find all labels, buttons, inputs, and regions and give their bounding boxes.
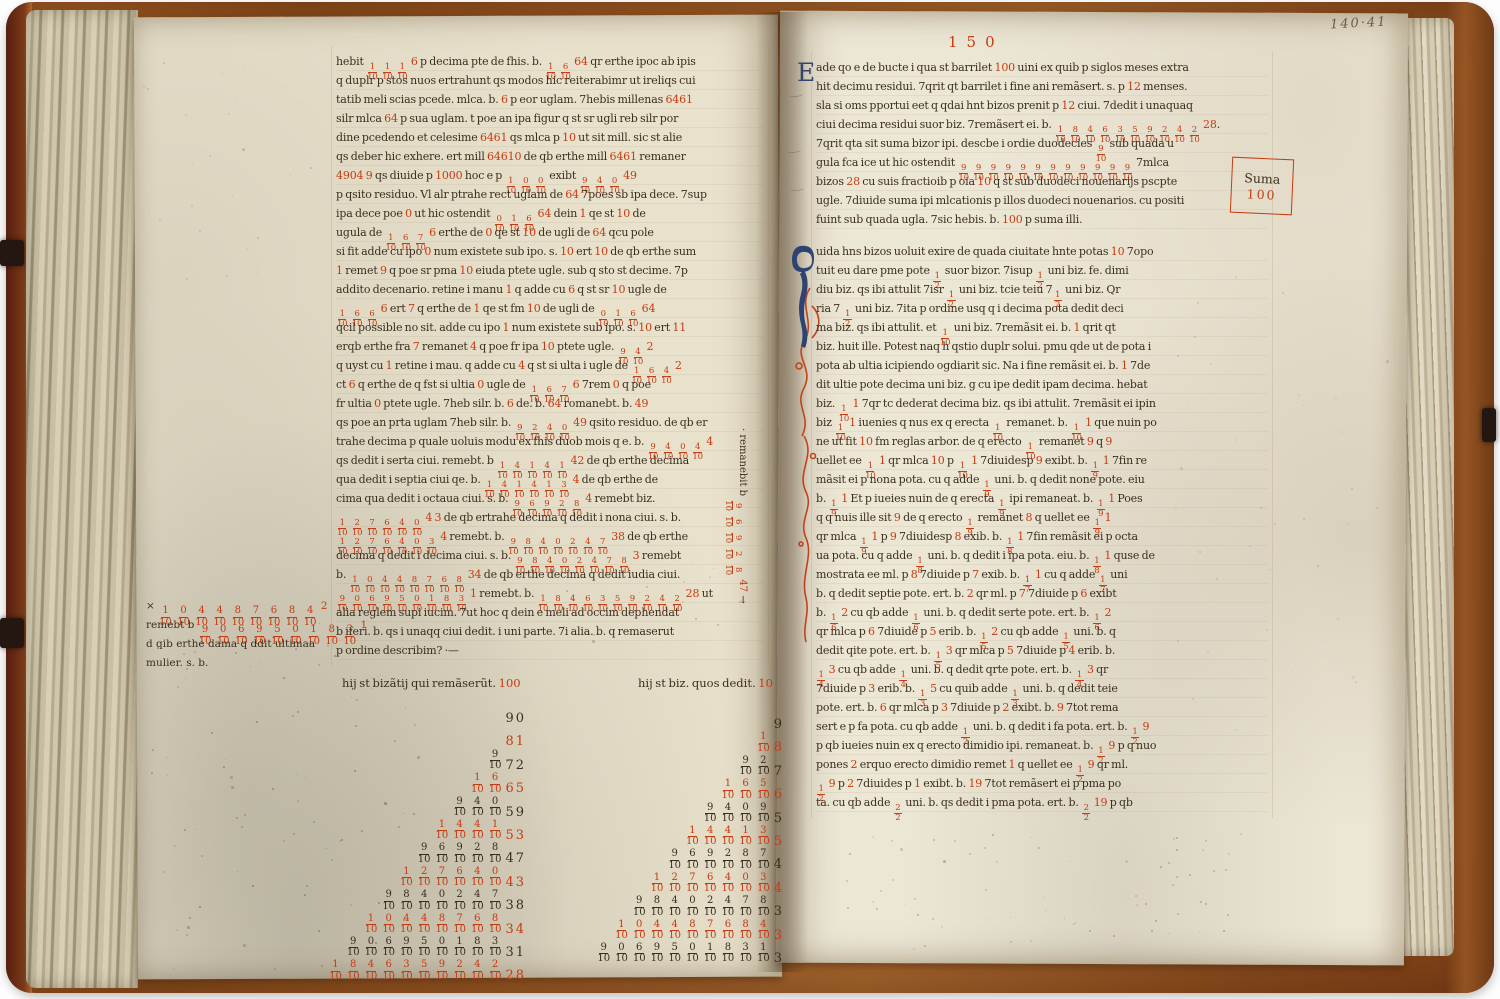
speckle bbox=[872, 901, 874, 903]
table-row: 9100106109105100101108103101103 bbox=[596, 946, 784, 965]
speckle bbox=[318, 930, 320, 932]
fraction: 810 bbox=[739, 849, 752, 871]
speckle bbox=[1317, 565, 1319, 567]
speckle bbox=[1352, 676, 1355, 679]
fraction: 410 bbox=[418, 914, 431, 936]
text-line: hebit 110 110 110 6 p decima pte de fhis… bbox=[336, 52, 764, 71]
speckle bbox=[969, 853, 971, 855]
fraction: 510 bbox=[418, 937, 431, 959]
text-line: qs dedit i serta ciui. remebt. b 110 410… bbox=[336, 451, 764, 470]
fraction: 110 bbox=[739, 826, 752, 848]
table-integer: 47 bbox=[505, 852, 526, 865]
table-row: 1106105106 bbox=[721, 782, 784, 801]
fraction: 010 bbox=[633, 920, 646, 942]
speckle bbox=[1176, 876, 1178, 878]
text-line: 110 210 710 610 410 010 310 4 remebt. b.… bbox=[336, 527, 764, 546]
text-line: b. 19 1 Et p iueies nuin de q erecta 19 … bbox=[816, 489, 1268, 508]
fraction: 910 bbox=[453, 843, 466, 865]
speckle bbox=[914, 898, 916, 900]
fraction: 210 bbox=[453, 960, 466, 982]
text-line: 12 9 p 2 7diuides p 1 exibt. b. 19 7tot … bbox=[816, 774, 1268, 793]
text-line: alia reglem supi iucim. 7ut hoc q dein e… bbox=[336, 603, 764, 622]
fraction: 110 bbox=[471, 773, 484, 795]
speckle bbox=[1216, 578, 1218, 580]
speckle bbox=[321, 965, 323, 967]
text-line: ne ut fit 10 fm reglas arbor. de q erect… bbox=[816, 432, 1268, 451]
speckle bbox=[209, 155, 211, 157]
text-line: ria 7 12 uni biz. 7ita p ordine usq q i … bbox=[816, 299, 1268, 318]
speckle bbox=[354, 770, 356, 772]
fraction: 110 bbox=[329, 960, 342, 982]
fraction: 410 bbox=[471, 867, 484, 889]
speckle bbox=[252, 885, 254, 887]
speckle bbox=[683, 581, 685, 583]
fraction: 110 bbox=[400, 867, 413, 889]
fraction: 110 bbox=[704, 943, 717, 965]
speckle bbox=[274, 968, 276, 970]
fraction: 210 bbox=[704, 896, 717, 918]
left-page-text-block: hebit 110 110 110 6 p decima pte de fhis… bbox=[336, 52, 764, 660]
speckle bbox=[891, 840, 893, 842]
fraction: 110 bbox=[453, 937, 466, 959]
fraction: 610 bbox=[453, 867, 466, 889]
text-line: remebt b 910 010 610 910 510 010 110 810… bbox=[146, 615, 346, 634]
speckle bbox=[331, 859, 333, 861]
fraction: 610 bbox=[723, 516, 742, 527]
text-line: sla si oms pportui eet q qdai hnt bizos … bbox=[816, 96, 1268, 115]
fraction: 410 bbox=[471, 820, 484, 842]
speckle bbox=[602, 610, 603, 611]
fraction: 410 bbox=[471, 797, 484, 819]
speckle bbox=[596, 625, 598, 627]
text-line: 910 010 610 910 510 010 110 810 310 1 re… bbox=[336, 584, 764, 603]
speckle bbox=[243, 944, 246, 947]
text-line: q duplr p stos nuos ertrahunt qs modos h… bbox=[336, 71, 764, 90]
table-integer: 3 bbox=[774, 905, 784, 918]
fraction: 910 bbox=[739, 756, 752, 778]
table-row: 9108104100102104107108103 bbox=[632, 899, 784, 918]
fraction: 010 bbox=[436, 890, 449, 912]
speckle bbox=[283, 840, 285, 842]
fraction: 610 bbox=[739, 779, 752, 801]
right-page-paragraph-2: uida hns bizos uoluit exire de quada ciu… bbox=[816, 242, 1268, 812]
speckle bbox=[245, 637, 247, 639]
table-integer: 90 bbox=[505, 712, 526, 725]
text-line: si fit adde cu ipo 0 num existete sub ip… bbox=[336, 242, 764, 261]
speckle bbox=[394, 740, 396, 742]
speckle bbox=[230, 776, 233, 779]
fore-edge-left bbox=[26, 10, 138, 988]
text-line: diu biz. qs ibi attulit 7isr 12 uni biz.… bbox=[816, 280, 1268, 299]
fraction: 510 bbox=[668, 943, 681, 965]
speckle bbox=[682, 601, 684, 603]
speckle bbox=[1223, 930, 1225, 932]
fraction: 410 bbox=[651, 920, 664, 942]
speckle bbox=[857, 942, 858, 943]
speckle bbox=[1046, 932, 1047, 933]
fraction: 010 bbox=[615, 943, 628, 965]
text-line: 1 remet 9 q poe sr pma 10 eiuda ptete ug… bbox=[336, 261, 764, 280]
table-row: 9 bbox=[774, 712, 784, 731]
speckle bbox=[334, 655, 336, 657]
text-line: mostrata ee ml. p 8 7diuide p 7 exib. b.… bbox=[816, 565, 1268, 584]
speckle bbox=[717, 624, 719, 626]
fraction: 410 bbox=[722, 826, 735, 848]
table-row: 1100104104108107106108104103 bbox=[614, 923, 784, 942]
table-integer: 43 bbox=[505, 876, 526, 889]
text-line: bizos 28 cu suis fractioib p oia 10 q st… bbox=[816, 172, 1268, 191]
speckle bbox=[350, 676, 351, 677]
vertical-margin-note: · remanebit b 910 610 910 210 810 47 → bbox=[723, 428, 748, 604]
text-line: silr mlca 64 p sua uglam. t poe an ipa f… bbox=[336, 109, 764, 128]
speckle bbox=[378, 902, 380, 904]
speckle bbox=[1386, 360, 1389, 363]
folio-heading: 150 bbox=[948, 33, 1004, 51]
fraction: 410 bbox=[471, 890, 484, 912]
table-integer: 4 bbox=[774, 858, 784, 871]
speckle bbox=[628, 567, 630, 569]
speckle bbox=[1351, 488, 1353, 490]
fraction: 210 bbox=[489, 960, 502, 982]
speckle bbox=[985, 889, 987, 891]
text-line: dit ultie pote decima uni biz. g cu ipe … bbox=[816, 375, 1268, 394]
fraction: 110 bbox=[365, 914, 378, 936]
fraction: 610 bbox=[471, 914, 484, 936]
fraction: 810 bbox=[347, 960, 360, 982]
text-line: ugle. 7diuide suma ipi mlcationis p illo… bbox=[816, 191, 1268, 210]
speckle bbox=[1205, 840, 1207, 842]
speckle bbox=[1298, 394, 1300, 396]
speckle bbox=[1168, 862, 1170, 864]
fraction: 610 bbox=[722, 920, 735, 942]
fraction: 410 bbox=[471, 960, 484, 982]
fraction: 110 bbox=[615, 920, 628, 942]
speckle bbox=[195, 829, 196, 830]
fraction: 110 bbox=[651, 873, 664, 895]
speckle bbox=[384, 802, 387, 805]
fraction: 910 bbox=[757, 803, 770, 825]
speckle bbox=[1202, 849, 1204, 851]
speckle bbox=[1113, 935, 1115, 937]
fraction: 810 bbox=[722, 943, 735, 965]
speckle bbox=[319, 623, 320, 624]
speckle bbox=[223, 766, 225, 768]
text-line: pota ab ultia icipiendo ogdiarit sic. Na… bbox=[816, 356, 1268, 375]
speckle bbox=[1228, 853, 1230, 855]
fraction: 810 bbox=[686, 920, 699, 942]
speckle bbox=[149, 211, 150, 212]
speckle bbox=[293, 889, 294, 890]
fraction: 010 bbox=[365, 937, 378, 959]
caption-bezants-remaining: hij st bizãtij qui remãserũt. 100 bbox=[342, 676, 521, 690]
speckle bbox=[933, 839, 935, 841]
text-line: b. 110 010 410 410 810 710 610 810 34 de… bbox=[336, 565, 764, 584]
speckle bbox=[356, 699, 358, 701]
speckle bbox=[566, 590, 568, 592]
text-line: ipa dece poe 0 ut hic ostendit 010 110 6… bbox=[336, 204, 764, 223]
fraction: 110 bbox=[686, 826, 699, 848]
speckle bbox=[297, 774, 298, 775]
fraction: 810 bbox=[651, 896, 664, 918]
fraction: 910 bbox=[704, 803, 717, 825]
text-line: b. 16 2 cu qb adde 16 uni. b. q dedit se… bbox=[816, 603, 1268, 622]
text-line: ma biz. qs ibi attulit. et 110 uni biz. … bbox=[816, 318, 1268, 337]
speckle bbox=[917, 914, 919, 916]
fraction: 910 bbox=[668, 849, 681, 871]
speckle bbox=[876, 908, 878, 910]
speckle bbox=[326, 848, 327, 849]
fraction: 410 bbox=[418, 890, 431, 912]
speckle bbox=[1303, 405, 1304, 406]
fraction: 010 bbox=[739, 873, 752, 895]
text-line: pones 2 erquo erecto dimidio remet 1 q u… bbox=[816, 755, 1268, 774]
speckle bbox=[201, 150, 202, 151]
fraction: 710 bbox=[489, 890, 502, 912]
text-line: 7qrit qta sit suma bizor ipi. descbe i o… bbox=[816, 134, 1268, 153]
right-page-paragraph-1: ade qo e de bucte i qua st barrilet 100 … bbox=[816, 58, 1268, 229]
text-line: mulier. s. b. bbox=[146, 653, 346, 672]
speckle bbox=[256, 721, 258, 723]
table-integer: 5 bbox=[774, 812, 784, 825]
text-line: qcil possible no sit. adde cu ipo 1 num … bbox=[336, 318, 764, 337]
fraction: 310 bbox=[400, 960, 413, 982]
speckle bbox=[1089, 930, 1091, 932]
speckle bbox=[1076, 922, 1077, 923]
speckle bbox=[626, 565, 627, 566]
text-line: p qb iueies nuin ex q erecto dimidio ipi… bbox=[816, 736, 1268, 755]
speckle bbox=[892, 879, 894, 881]
text-line: ade qo e de bucte i qua st barrilet 100 … bbox=[816, 58, 1268, 77]
speckle bbox=[187, 926, 190, 929]
fraction: 22 bbox=[894, 804, 902, 823]
speckle bbox=[283, 677, 285, 679]
table-row: 11041041011053 bbox=[435, 823, 526, 842]
fraction: 810 bbox=[739, 920, 752, 942]
table-row: 11001041041081071061081034 bbox=[364, 917, 526, 936]
fraction: 210 bbox=[722, 849, 735, 871]
table-integer: 65 bbox=[505, 782, 526, 795]
text-line: ugula de 110 610 710 6 erthe de 0 qe st … bbox=[336, 223, 764, 242]
speckle bbox=[157, 647, 159, 649]
text-line: p ordine describim? ·— bbox=[336, 641, 764, 660]
table-row: 11081041061031051091021041021028 bbox=[328, 963, 526, 982]
fraction: 410 bbox=[400, 914, 413, 936]
table-integer: 34 bbox=[505, 923, 526, 936]
fraction: 410 bbox=[453, 820, 466, 842]
fraction: 010 bbox=[436, 937, 449, 959]
text-line: ta. cu qb adde 22 uni. b. qs dedit i pma… bbox=[816, 793, 1268, 812]
speckle bbox=[194, 651, 196, 653]
text-line: q uyst cu 1 retine i mau. q adde cu 4 q … bbox=[336, 356, 764, 375]
fraction: 410 bbox=[668, 920, 681, 942]
fraction: 210 bbox=[668, 873, 681, 895]
speckle bbox=[996, 861, 998, 863]
fraction: 610 bbox=[633, 943, 646, 965]
fraction: 110 bbox=[757, 943, 770, 965]
text-line: qua dedit i septia ciui qe. b. 110 410 1… bbox=[336, 470, 764, 489]
fraction: 610 bbox=[489, 773, 502, 795]
initial-E: E bbox=[797, 60, 815, 85]
table-row: 91041001059 bbox=[452, 800, 526, 819]
text-line: 14 3 cu qb adde 14 uni. b. q dedit qrte … bbox=[816, 660, 1268, 679]
speckle bbox=[173, 969, 174, 970]
table-row: 91081041001021041071038 bbox=[381, 893, 526, 912]
text-line: erqb erthe fra 7 remanet 4 q poe fr ipa … bbox=[336, 337, 764, 356]
speckle bbox=[185, 114, 187, 116]
table-integer: 38 bbox=[505, 899, 526, 912]
fraction: 410 bbox=[668, 896, 681, 918]
fraction: 410 bbox=[722, 803, 735, 825]
speckle bbox=[304, 777, 305, 778]
text-line: hit decimu residui. 7qrit qt barrilet i … bbox=[816, 77, 1268, 96]
speckle bbox=[1135, 895, 1137, 897]
speckle bbox=[186, 278, 188, 280]
table-row: 1102107106104100103104 bbox=[650, 876, 784, 895]
speckle bbox=[1173, 838, 1175, 840]
table-integer: 9 bbox=[774, 718, 784, 731]
speckle bbox=[1069, 861, 1070, 862]
speckle bbox=[166, 757, 167, 758]
speckle bbox=[1274, 523, 1276, 525]
table-integer: 81 bbox=[505, 735, 526, 748]
table-integer: 72 bbox=[505, 759, 526, 772]
speckle bbox=[1177, 355, 1179, 357]
fraction: 710 bbox=[686, 873, 699, 895]
speckle bbox=[880, 890, 882, 892]
table-row: 9102107 bbox=[738, 759, 784, 778]
text-line: cima qua dedit i octaua ciui. s. b. 910 … bbox=[336, 489, 764, 508]
speckle bbox=[236, 817, 238, 819]
fraction: 710 bbox=[453, 914, 466, 936]
speckle bbox=[571, 598, 573, 600]
speckle bbox=[231, 786, 234, 789]
fraction: 510 bbox=[418, 960, 431, 982]
caption-bezants-given: hij st biz. quos dedit. 10 bbox=[638, 676, 773, 690]
fraction: 110 bbox=[436, 820, 449, 842]
speckle bbox=[403, 919, 405, 921]
table-integer: 53 bbox=[505, 829, 526, 842]
speckle bbox=[413, 813, 415, 815]
fraction: 310 bbox=[757, 826, 770, 848]
table-row: 90 bbox=[505, 706, 526, 725]
speckle bbox=[405, 708, 406, 709]
speckle bbox=[1309, 731, 1310, 732]
fraction: 810 bbox=[400, 890, 413, 912]
text-line: qr mlca 19 1 p 9 7diuidesp 8 exib. b. 18… bbox=[816, 527, 1268, 546]
fraction: 910 bbox=[723, 500, 742, 511]
table-integer: 4 bbox=[774, 882, 784, 895]
fraction: 910 bbox=[723, 532, 742, 543]
fraction: 410 bbox=[722, 873, 735, 895]
speckle bbox=[1177, 640, 1179, 642]
text-line: fuint sub quada ugla. 7sic hebis. b. 100… bbox=[816, 210, 1268, 229]
speckle bbox=[1125, 860, 1128, 863]
fraction: 910 bbox=[382, 890, 395, 912]
text-line: q q nuis ille sit 9 de q erecto 19 reman… bbox=[816, 508, 1268, 527]
fraction: 010 bbox=[489, 797, 502, 819]
fraction: 410 bbox=[757, 920, 770, 942]
speckle bbox=[592, 640, 595, 643]
text-line: addito decenario. retine i manu 1 q adde… bbox=[336, 280, 764, 299]
speckle bbox=[163, 62, 165, 64]
table-row: 91072 bbox=[488, 753, 526, 772]
speckle bbox=[226, 275, 228, 277]
text-line: fr ultia 0 ptete ugle. 7heb silr. b. 6 d… bbox=[336, 394, 764, 413]
speckle bbox=[943, 860, 946, 863]
text-line: biz. 110 1 7qr tc dederat decima biz. qs… bbox=[816, 394, 1268, 413]
speckle bbox=[201, 855, 203, 857]
speckle bbox=[1155, 920, 1157, 922]
speckle bbox=[1240, 833, 1242, 835]
fraction: 910 bbox=[347, 937, 360, 959]
text-line: uida hns bizos uoluit exire de quada ciu… bbox=[816, 242, 1268, 261]
fraction: 910 bbox=[704, 849, 717, 871]
speckle bbox=[1094, 890, 1095, 891]
table-integer: 8 bbox=[774, 741, 784, 754]
table-integer: 7 bbox=[774, 765, 784, 778]
speckle bbox=[1010, 941, 1012, 943]
table-row: 11021071061041001043 bbox=[399, 870, 526, 889]
speckle bbox=[272, 788, 274, 790]
speckle bbox=[1291, 671, 1292, 672]
fraction: 810 bbox=[757, 896, 770, 918]
speckle bbox=[371, 688, 372, 689]
text-line: pote. ert. b. 6 qr mlca p 3 7diuide p 2 … bbox=[816, 698, 1268, 717]
text-line: tatib meli scias pcede. mlca. b. 6 p eor… bbox=[336, 90, 764, 109]
speckle bbox=[1194, 336, 1196, 338]
speckle bbox=[199, 906, 201, 908]
text-line: b. q dedit septie pote. ert. b. 2 qr ml.… bbox=[816, 584, 1268, 603]
speckle bbox=[739, 601, 741, 603]
fraction: 110 bbox=[757, 732, 770, 754]
table-row: 9104100109105 bbox=[703, 806, 784, 825]
fraction: 810 bbox=[723, 564, 742, 575]
text-line: ua pota. cu q adde 18 uni. b. q dedit i … bbox=[816, 546, 1268, 565]
table-row: 1104104101103105 bbox=[685, 829, 784, 848]
speckle bbox=[1235, 439, 1237, 441]
fraction: 810 bbox=[436, 914, 449, 936]
speckle bbox=[191, 205, 193, 207]
text-line: gula fca ice ut hic ostendit 910 910 910… bbox=[816, 153, 1268, 172]
text-line: tuit eu dare pme pote 12 suor bizor. 7is… bbox=[816, 261, 1268, 280]
clasp-remnant-bottom bbox=[0, 618, 24, 648]
table-integer: 3 bbox=[774, 929, 784, 942]
fraction: 410 bbox=[704, 826, 717, 848]
speckle bbox=[152, 749, 154, 751]
fraction: 310 bbox=[739, 943, 752, 965]
speckle bbox=[1303, 518, 1305, 520]
speckle bbox=[905, 904, 906, 905]
table-row: 91061091021081047 bbox=[417, 846, 526, 865]
table-remaining-bezants: 9081910721106106591041001059110410410110… bbox=[300, 706, 526, 987]
speckle bbox=[900, 848, 903, 851]
fraction: 210 bbox=[757, 756, 770, 778]
fraction: 910 bbox=[418, 843, 431, 865]
speckle bbox=[575, 613, 577, 615]
fraction: 810 bbox=[471, 937, 484, 959]
speckle bbox=[417, 756, 420, 759]
speckle bbox=[398, 826, 400, 828]
speckle bbox=[147, 88, 149, 90]
fraction: 110 bbox=[722, 779, 735, 801]
table-integer: 3 bbox=[774, 952, 784, 965]
speckle bbox=[292, 715, 294, 717]
fraction: 810 bbox=[489, 914, 502, 936]
speckle bbox=[214, 841, 215, 842]
speckle bbox=[1335, 398, 1337, 400]
speckle bbox=[351, 696, 352, 697]
speckle bbox=[241, 826, 243, 828]
